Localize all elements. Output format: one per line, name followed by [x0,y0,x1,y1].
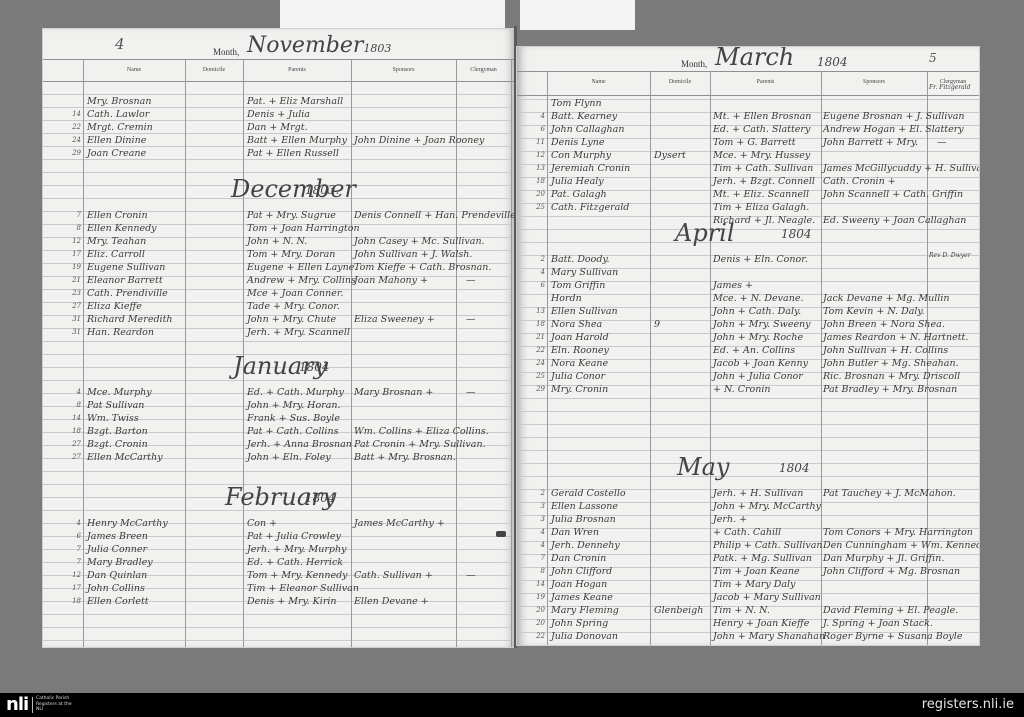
month-year: 1804 [817,55,848,69]
entry-parents: Jacob + Joan Kenny [713,357,808,370]
header-rule-bottom [517,95,979,96]
column-divider [547,71,548,645]
col-header-parents: Parents [243,67,351,73]
entry-name: Joan Harold [551,331,609,344]
col-header-clergyman: Clergyman [456,67,511,73]
entry-name: Ellen McCarthy [87,451,163,464]
right-page: Month, March 1804 5 Name Domicile Parent… [516,46,980,646]
entry-day: 17 [59,582,81,595]
entry-name: Pat Sullivan [87,399,144,412]
entry-name: Mary Sullivan [551,266,618,279]
entry-parents: Tim + Joan Keane [713,565,800,578]
entry-name: Nora Keane [551,357,608,370]
entry-name: Eugene Sullivan [87,261,165,274]
entry-day: 27 [59,438,81,451]
section-month-heading: April [675,219,735,247]
entry-parents: Tom + Mry. Doran [247,248,335,261]
entry-parents: Andrew + Mry. Collins [247,274,356,287]
entry-day: 6 [59,530,81,543]
entry-day: 22 [523,630,545,643]
col-header-domicile: Domicile [185,67,243,73]
entry-sponsors: Ed. Sweeny + Joan Callaghan [823,214,966,227]
entry-day: 29 [59,147,81,160]
header-rule-top [517,71,979,72]
entry-parents: Jerh. + Bzgt. Connell [713,175,815,188]
entry-parents: + N. Cronin [713,383,771,396]
month-label: Month, [213,47,239,57]
entry-day: 7 [59,543,81,556]
entry-day: 4 [59,517,81,530]
col-header-name: Name [547,79,650,85]
entry-name: James Keane [551,591,613,604]
entry-name: Mce. Murphy [87,386,152,399]
header-rule-top [43,59,515,60]
entry-parents: Jerh. + H. Sullivan [713,487,803,500]
entry-parents: Mt. + Ellen Brosnan [713,110,811,123]
entry-sponsors: Pat Cronin + Mry. Sullivan. [354,438,486,451]
entry-sponsors: John Dinine + Joan Rooney [354,134,484,147]
month-label: Month, [681,59,707,69]
entry-parents: Tim + Eleanor Sullivan [247,582,359,595]
entry-day: 21 [59,274,81,287]
entry-name: Julia Conor [551,370,605,383]
entry-day: 7 [59,556,81,569]
entry-parents: Denis + Julia [247,108,310,121]
entry-name: Dan Wren [551,526,599,539]
clergyman-note: Fr. Fitzgerald [929,81,970,94]
entry-name: Batt. Kearney [551,110,617,123]
column-divider [83,59,84,647]
entry-day: 4 [523,526,545,539]
entry-name: Con Murphy [551,149,611,162]
entry-day: 6 [523,123,545,136]
entry-name: Julia Healy [551,175,604,188]
entry-day: 17 [59,248,81,261]
entry-sponsors: Tom Kieffe + Cath. Brosnan. [354,261,491,274]
entry-name: Han. Reardon [87,326,154,339]
entry-parents: Ed. + Cath. Slattery [713,123,810,136]
entry-day: 4 [523,110,545,123]
entry-domicile: Glenbeigh [654,604,703,617]
entry-name: Mry. Teahan [87,235,146,248]
entry-day: 7 [523,552,545,565]
entry-parents: Frank + Sus. Boyle [247,412,340,425]
entry-day: 8 [59,222,81,235]
entry-day: 3 [523,500,545,513]
entry-parents: Philip + Cath. Sullivan [713,539,823,552]
entry-day: 23 [59,287,81,300]
col-header-parents: Parents [710,79,821,85]
entry-parents: James + [713,279,753,292]
entry-parents: Dan + Mrgt. [247,121,308,134]
entry-name: John Collins [87,582,145,595]
entry-day: 25 [523,370,545,383]
month-heading: November1803 [247,33,391,58]
entry-clergyman: — [466,386,476,399]
entry-parents: Jerh. + [713,513,747,526]
entry-name: Wm. Twiss [87,412,139,425]
col-header-sponsors: Sponsors [351,67,456,73]
entry-parents: Ed. + Cath. Murphy [247,386,344,399]
entry-day: 12 [59,569,81,582]
entry-name: Pat. Galagh [551,188,607,201]
entry-name: Mary Bradley [87,556,153,569]
entry-sponsors: Eliza Sweeney + [354,313,435,326]
entry-sponsors: John Breen + Nora Shea. [823,318,945,331]
column-divider [511,59,512,647]
entry-name: Joan Creane [87,147,146,160]
entry-day: 12 [523,149,545,162]
column-divider [710,71,711,645]
image-viewer[interactable]: 4 Month, November1803 Name Domicile Pare… [0,0,1024,693]
entry-day: 29 [523,383,545,396]
entry-parents: Pat + Cath. Collins [247,425,338,438]
entry-name: Julia Conner [87,543,147,556]
entry-day: 14 [523,578,545,591]
entry-day: 31 [59,313,81,326]
entry-name: Henry McCarthy [87,517,168,530]
entry-sponsors: Wm. Collins + Eliza Collins. [354,425,489,438]
entry-day: 3 [523,513,545,526]
entry-parents: Pat + Julia Crowley [247,530,341,543]
footer-bar: nli Catholic Parish Registers at the NLI… [0,693,1024,717]
register-book: 4 Month, November1803 Name Domicile Pare… [42,26,982,648]
entry-day: 24 [59,134,81,147]
entry-sponsors: Andrew Hogan + El. Slattery [823,123,964,136]
entry-parents: John + Cath. Daly. [713,305,801,318]
entry-clergyman: — [937,136,947,149]
entry-day: 20 [523,188,545,201]
column-divider [821,71,822,645]
column-divider [351,59,352,647]
entry-sponsors: Den Cunningham + Wm. Kennedy [823,539,980,552]
entry-day: 19 [59,261,81,274]
entry-name: Eliz. Carroll [87,248,145,261]
entry-name: Jerh. Dennehy [551,539,620,552]
entry-sponsors: Dan Murphy + Jl. Griffin. [823,552,944,565]
entry-name: Julia Donovan [551,630,618,643]
entry-name: Ellen Dinine [87,134,146,147]
entry-sponsors: James Reardon + N. Hartnett. [823,331,968,344]
entry-day: 13 [523,305,545,318]
entry-parents: John + Mry. McCarthy [713,500,821,513]
entry-name: Mrgt. Cremin [87,121,153,134]
entry-day: 18 [523,175,545,188]
entry-name: Mry. Brosnan [87,95,151,108]
entry-sponsors: Pat Bradley + Mry. Brosnan [823,383,957,396]
entry-parents: John + Mry. Sweeny [713,318,811,331]
entry-sponsors: John Clifford + Mg. Brosnan [823,565,960,578]
entry-day: 2 [523,253,545,266]
entry-parents: John + Mry. Chute [247,313,336,326]
entry-sponsors: Eugene Brosnan + J. Sullivan [823,110,965,123]
section-month-year: 1804 [305,491,336,505]
entry-parents: + Mary Casey [713,643,781,646]
entry-parents: Mce + Joan Conner. [247,287,343,300]
entry-day: 13 [523,162,545,175]
entry-day: 27 [59,451,81,464]
entry-day: 25 [523,201,545,214]
logo-caption: Catholic Parish Registers at the NLI [36,696,76,713]
entry-sponsors: James McGillycuddy + H. Sullivan [823,162,980,175]
entry-parents: Ed. + An. Collins [713,344,795,357]
entry-sponsors: J. Spring + Joan Stack. [823,617,933,630]
entry-name: Ellen Sullivan [551,305,618,318]
entry-day: 14 [59,412,81,425]
left-page: 4 Month, November1803 Name Domicile Pare… [42,28,516,648]
entry-parents: Eugene + Ellen Layne. [247,261,357,274]
entry-parents: Pat + Mry. Sugrue [247,209,336,222]
entry-day: 20 [523,604,545,617]
month-heading: March [715,46,794,71]
entry-name: Batt. Doody. [551,253,610,266]
entry-day: 27 [59,300,81,313]
entry-parents: Tom + G. Barrett [713,136,796,149]
entry-sponsors: Tom Conors + Mry. Harrington [823,526,973,539]
entry-name: Bzgt. Cronin [87,438,148,451]
entry-day: 8 [59,399,81,412]
entry-parents: Tim + Mary Daly [713,578,795,591]
entry-day: 24 [523,357,545,370]
entry-day: 31 [59,326,81,339]
header-rule-bottom [43,81,515,82]
column-divider [650,71,651,645]
entry-name: Eln. Rooney [551,344,609,357]
entry-sponsors: John Butler + Mg. Sheahan. [823,357,959,370]
entry-parents: John + Mary Shanahan [713,630,825,643]
entry-day: 8 [523,565,545,578]
entry-name: John Callaghan [551,123,624,136]
section-month-year: 1804 [781,227,812,241]
entry-name: Ellen Hogan [551,643,611,646]
entry-day: 4 [59,386,81,399]
entry-name: John Clifford [551,565,612,578]
entry-parents: Patk. + Mg. Sullivan [713,552,812,565]
section-month-heading: May [677,453,729,481]
column-divider [185,59,186,647]
entry-day: 21 [523,331,545,344]
entry-day: 12 [59,235,81,248]
entry-sponsors: John Barrett + Mry. [823,136,918,149]
entry-name: Ellen Kennedy [87,222,157,235]
entry-parents: Denis + Eln. Conor. [713,253,808,266]
page-number: 5 [929,51,937,65]
entry-name: Eliza Kieffe [87,300,142,313]
entry-day: 6 [523,279,545,292]
entry-sponsors: Pat Tauchey + J. McMahon. [823,487,956,500]
entry-name: Joan Hogan [551,578,607,591]
entry-name: Eleanor Barrett [87,274,163,287]
clergyman-note: Rev D. Dwyer [929,249,971,262]
entry-day: 4 [523,266,545,279]
entry-sponsors: Tom Kevin + N. Daly. [823,305,925,318]
entry-name: John Spring [551,617,608,630]
entry-parents: Denis + Mry. Kirin [247,595,337,608]
entry-domicile: 9 [654,318,660,331]
section-month-year: 1804 [299,360,330,374]
entry-parents: Jerh. + Mry. Scannell [247,326,350,339]
entry-day: 18 [523,318,545,331]
entry-parents: Tim + Cath. Sullivan [713,162,813,175]
entry-name: Denis Lyne [551,136,605,149]
entry-sponsors: Jack Devane + Mg. Mullin [823,292,950,305]
entry-sponsors: Denis Connell + Han. Prendeville [354,209,516,222]
entry-parents: Mce. + Mry. Hussey [713,149,810,162]
entry-parents: Con + [247,517,277,530]
entry-name: Mary Fleming [551,604,619,617]
entry-day: 18 [59,595,81,608]
entry-sponsors: Joan Mahony + [354,274,428,287]
column-divider [456,59,457,647]
col-header-name: Name [83,67,185,73]
section-month-year: 1804 [779,461,810,475]
entry-sponsors: Mary Brosnan + [354,386,433,399]
entry-sponsors: Cath. Sullivan + [354,569,433,582]
entry-parents: Tom + Joan Harrington [247,222,360,235]
entry-parents: Tade + Mry. Conor. [247,300,340,313]
entry-parents: Mce. + N. Devane. [713,292,803,305]
entry-day: 2 [523,487,545,500]
entry-sponsors: John Sullivan + J. Walsh. [354,248,472,261]
binding-clip [496,531,506,537]
entry-day: 24 [523,643,545,646]
entry-day: 7 [59,209,81,222]
entry-name: James Breen [87,530,148,543]
entry-parents: Pat + Ellen Russell [247,147,339,160]
site-link[interactable]: registers.nli.ie [922,697,1014,712]
entry-parents: Mt. + Eliz. Scannell [713,188,809,201]
entry-name: Gerald Costello [551,487,626,500]
entry-sponsors: John Scannell + Cath. Griffin [823,188,963,201]
entry-parents: John + N. N. [247,235,307,248]
entry-name: Bzgt. Barton [87,425,148,438]
entry-day: 4 [523,539,545,552]
entry-sponsors: Batt + Mry. Brosnan. [354,451,456,464]
entry-day: 20 [523,617,545,630]
entry-sponsors: Ric. Brosnan + Mry. Driscoll [823,370,960,383]
entry-name: Hordn [551,292,582,305]
entry-sponsors: Ellen Devane + [354,595,429,608]
entry-sponsors: John Sullivan + H. Collins [823,344,948,357]
entry-parents: Pat. + Eliz Marshall [247,95,343,108]
entry-day: 14 [59,108,81,121]
entry-name: Dan Cronin [551,552,606,565]
col-header-sponsors: Sponsors [821,79,927,85]
entry-name: Ellen Corlett [87,595,149,608]
entry-parents: Batt + Ellen Murphy [247,134,347,147]
entry-clergyman: — [466,274,476,287]
entry-parents: Jerh. + Mry. Murphy [247,543,346,556]
entry-day: 18 [59,425,81,438]
entry-name: Jeremiah Cronin [551,162,630,175]
entry-clergyman: — [466,313,476,326]
entry-parents: John + Mry. Roche [713,331,803,344]
entry-clergyman: — [466,569,476,582]
entry-name: Cath. Fitzgerald [551,201,629,214]
entry-name: Cath. Prendiville [87,287,168,300]
entry-sponsors: Cath. Cronin + [823,175,896,188]
entry-day: 19 [523,591,545,604]
entry-parents: Henry + Joan Kieffe [713,617,809,630]
entry-day: 11 [523,136,545,149]
entry-parents: + Cath. Cahill [713,526,781,539]
entry-sponsors: John Casey + Mc. Sullivan. [354,235,485,248]
entry-parents: Jerh. + Anna Brosnan [247,438,352,451]
entry-sponsors: Roger Byrne + Susana Boyle [823,630,962,643]
entry-name: Richard Meredith [87,313,173,326]
entry-parents: John + Eln. Foley [247,451,331,464]
entry-domicile: Dysert [654,149,686,162]
entry-parents: Tim + Eliza Galagh. [713,201,809,214]
entry-name: Nora Shea [551,318,602,331]
entry-day: 22 [523,344,545,357]
entry-name: Ellen Lassone [551,500,618,513]
entry-name: Tom Griffin [551,279,605,292]
entry-name: Dan Quinlan [87,569,147,582]
entry-name: Julia Brosnan [551,513,616,526]
col-header-domicile: Domicile [650,79,710,85]
entry-parents: Jacob + Mary Sullivan [713,591,821,604]
nli-logo[interactable]: nli [6,696,28,714]
entry-name: Ellen Cronin [87,209,148,222]
entry-name: Cath. Lawlor [87,108,149,121]
logo-divider [32,697,33,713]
page-number: 4 [115,35,125,53]
entry-sponsors: David Fleming + El. Peagle. [823,604,958,617]
entry-parents: Ed. + Cath. Herrick [247,556,343,569]
entry-parents: Tom + Mry. Kennedy [247,569,348,582]
entry-parents: Tim + N. N. [713,604,770,617]
section-month-year: 1803. [305,183,339,197]
entry-name: Mry. Cronin [551,383,608,396]
entry-parents: John + Julia Conor [713,370,803,383]
entry-name: Tom Flynn [551,97,602,110]
entry-sponsors: James McCarthy + [354,517,445,530]
entry-day: 22 [59,121,81,134]
entry-parents: John + Mry. Horan. [247,399,341,412]
